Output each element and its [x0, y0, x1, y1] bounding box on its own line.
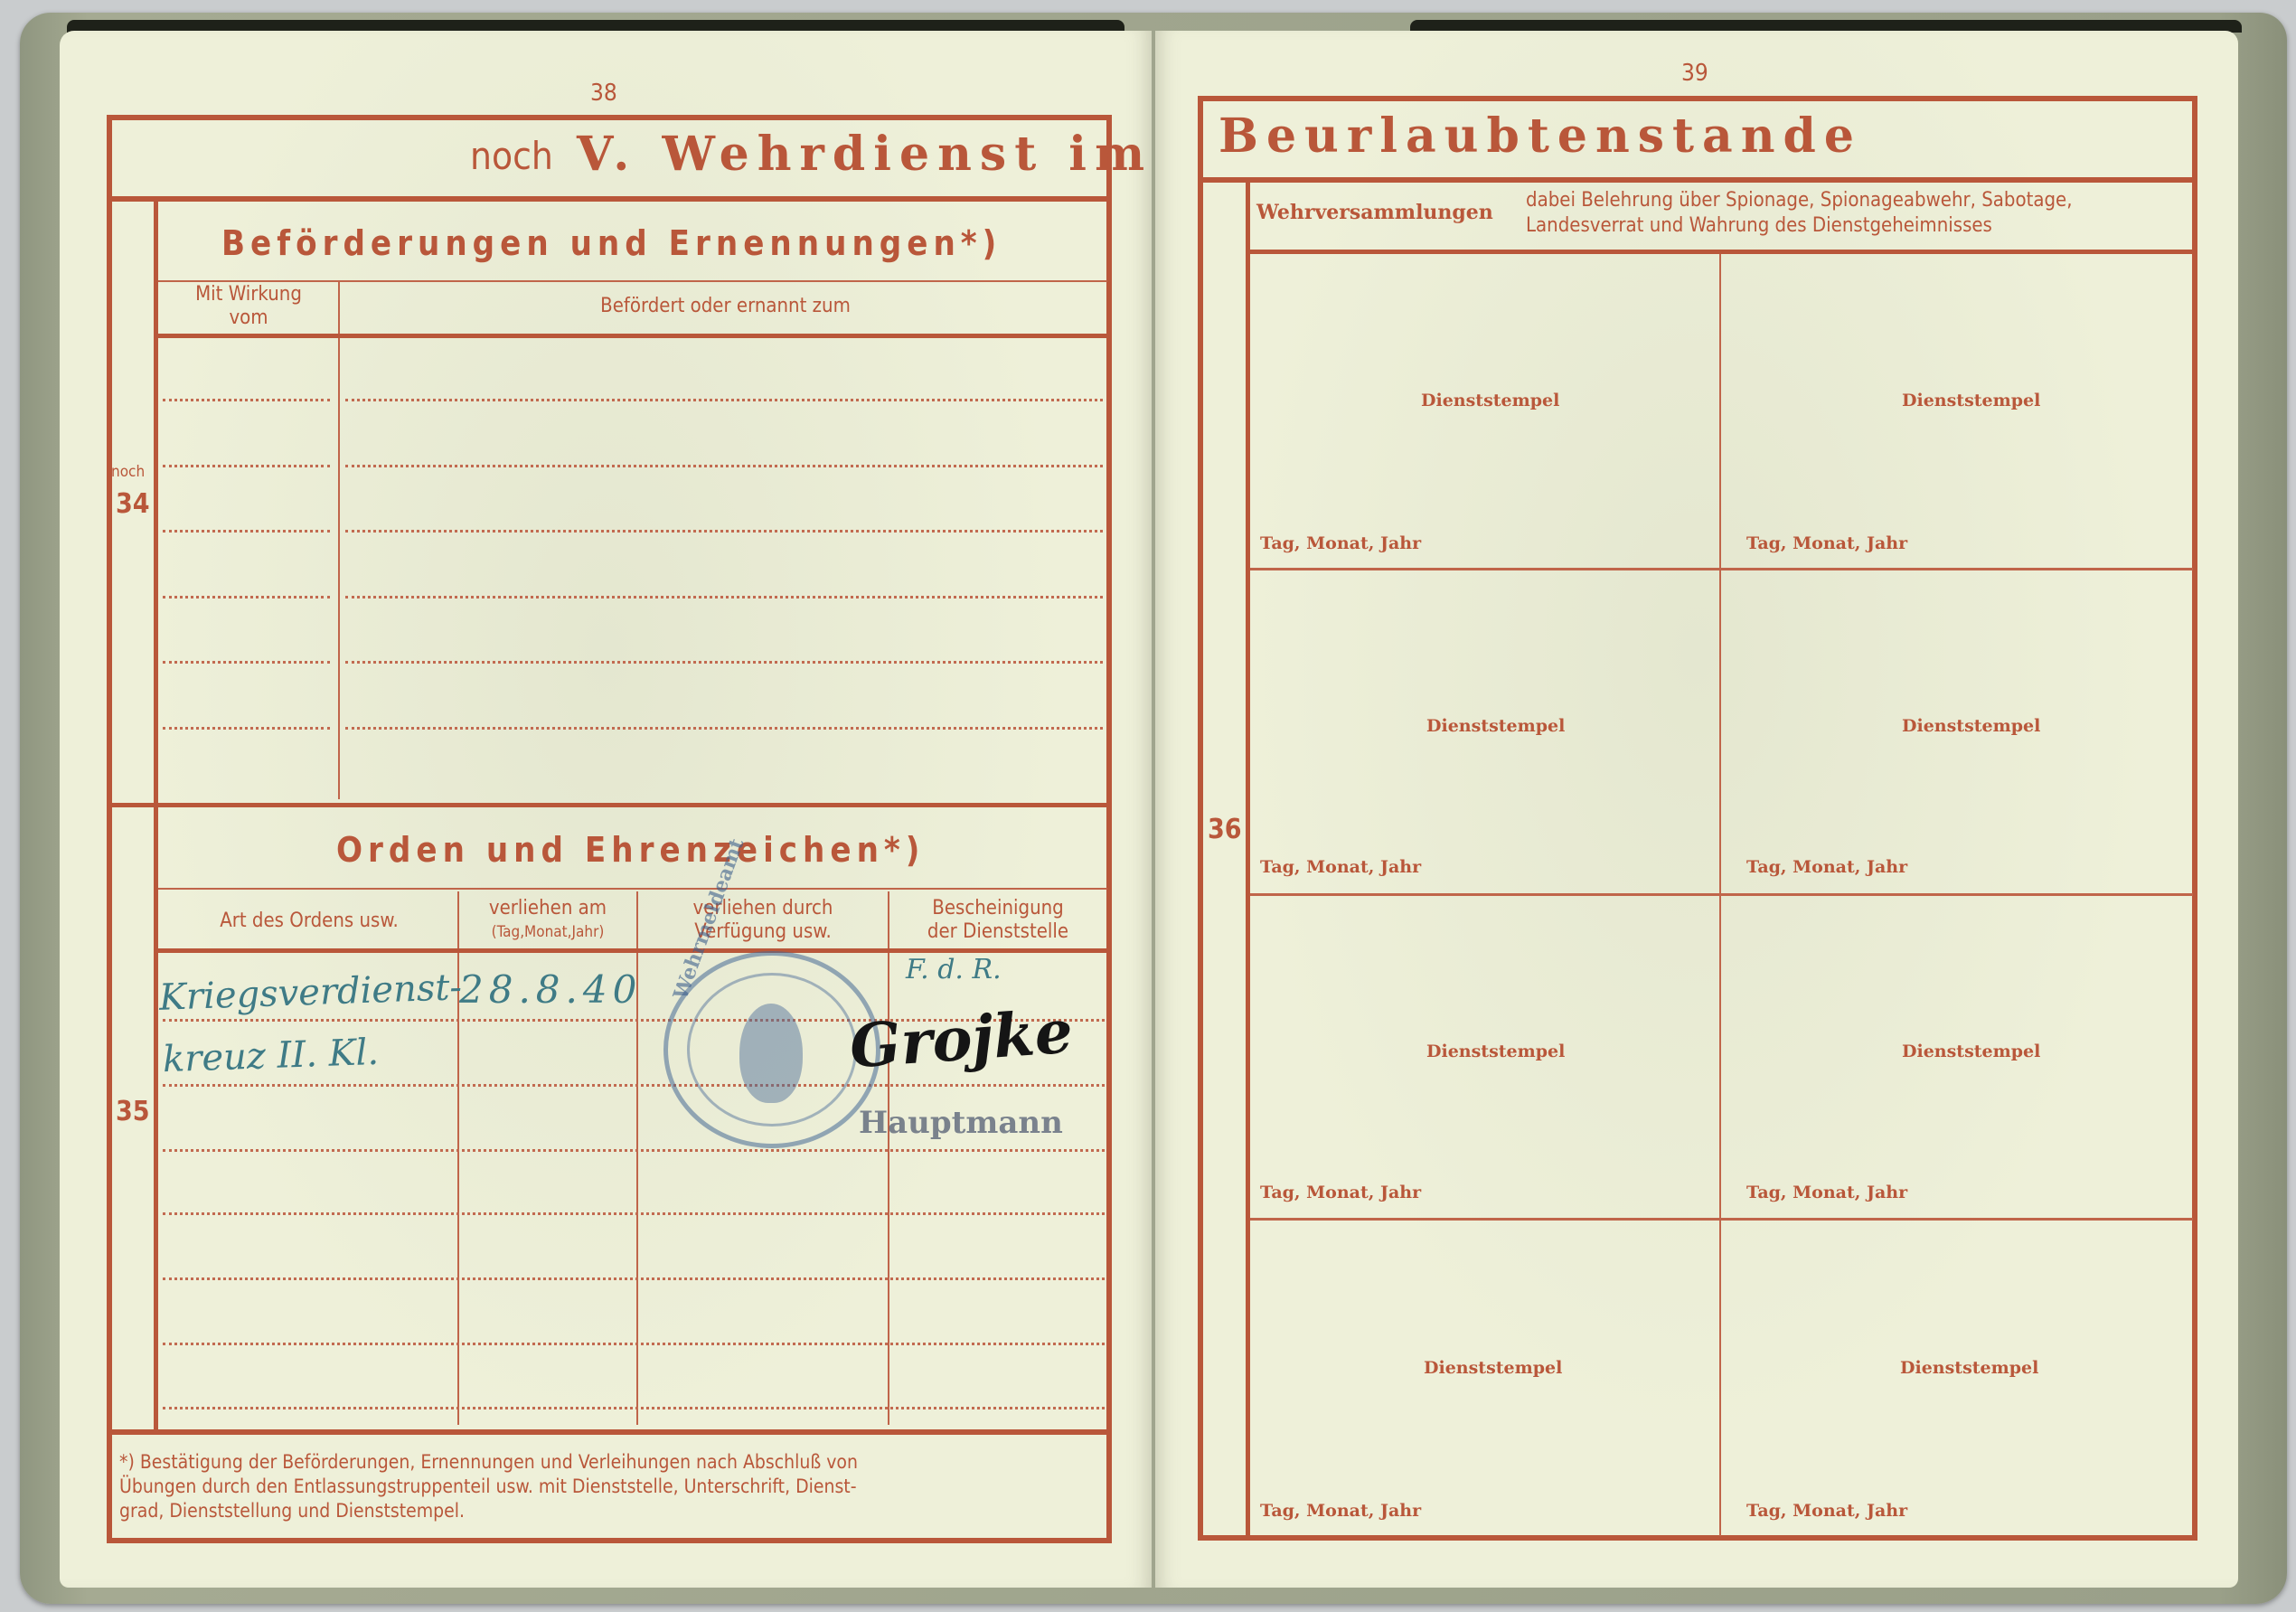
date-placeholder: Tag, Monat, Jahr: [1260, 1183, 1421, 1202]
date-placeholder: Tag, Monat, Jahr: [1746, 1501, 1907, 1521]
header-prefix: noch: [470, 134, 553, 178]
side-number-35: 35: [116, 1096, 150, 1127]
col-divider: [338, 338, 340, 799]
section-34-header-rule: [158, 334, 1107, 338]
side-label-noch: noch: [111, 463, 145, 481]
col-header-line: der Dienststelle: [889, 920, 1106, 944]
section-35-title-rule: [158, 888, 1107, 890]
grid-divider-horizontal: [1250, 893, 2193, 896]
stamp-placeholder: Dienststempel: [1421, 391, 1559, 410]
row-line: [345, 661, 1103, 664]
date-placeholder: Tag, Monat, Jahr: [1746, 857, 1907, 877]
side-column-divider: [1246, 182, 1250, 1536]
row-line: [163, 1149, 1105, 1152]
col-header-line: vom: [163, 306, 334, 330]
col-header-line: Bescheinigung: [889, 897, 1106, 920]
footnote-line: grad, Dienststellung und Dienststempel.: [119, 1499, 858, 1523]
grid-divider-horizontal: [1250, 1218, 2193, 1221]
page-number-left: 38: [590, 80, 617, 107]
row-line: [163, 1277, 1105, 1280]
col-header-bescheinigung: Bescheinigung der Dienststelle: [889, 897, 1106, 944]
col-header-mit-wirkung: Mit Wirkung vom: [163, 283, 334, 330]
row-line: [163, 727, 330, 730]
stamp-placeholder: Dienststempel: [1426, 716, 1565, 736]
certification-prefix: F. d. R.: [906, 954, 1002, 985]
row-line: [345, 465, 1103, 467]
wehrversammlungen-description: dabei Belehrung über Spionage, Spionagea…: [1526, 188, 2073, 239]
eagle-emblem-icon: [739, 1004, 803, 1103]
rank-stamp: Hauptmann: [859, 1105, 1063, 1141]
col-header-line: Mit Wirkung: [163, 283, 334, 306]
header-title-left: V. Wehrdienst im: [577, 127, 1153, 182]
row-line: [345, 399, 1103, 401]
section-36-header-rule: [1250, 250, 2193, 254]
date-placeholder: Tag, Monat, Jahr: [1746, 533, 1907, 553]
row-line: [163, 1212, 1105, 1215]
stamp-placeholder: Dienststempel: [1902, 391, 2040, 410]
award-name-line2: kreuz II. Kl.: [162, 1032, 379, 1080]
section-35-title: Orden und Ehrenzeichen*): [336, 830, 925, 870]
row-line: [163, 661, 330, 664]
row-line: [163, 596, 330, 599]
description-line: Landesverrat und Wahrung des Dienstgehei…: [1526, 213, 2073, 239]
col-divider: [338, 282, 340, 336]
row-line: [163, 1343, 1105, 1345]
section-35-header-rule: [158, 948, 1107, 953]
date-placeholder: Tag, Monat, Jahr: [1746, 1183, 1907, 1202]
date-placeholder: Tag, Monat, Jahr: [1260, 1501, 1421, 1521]
col-header-verliehen-durch: verliehen durch Verfügung usw.: [638, 897, 888, 944]
description-line: dabei Belehrung über Spionage, Spionagea…: [1526, 188, 2073, 213]
section-divider: [110, 803, 1108, 807]
row-line: [345, 530, 1103, 533]
row-line: [345, 596, 1103, 599]
section-34-title-rule: [158, 280, 1107, 282]
footnote-text: *) Bestätigung der Beförderungen, Ernenn…: [119, 1450, 858, 1523]
col-header-verliehen-am: verliehen am (Tag,Monat,Jahr): [459, 897, 636, 944]
stamp-placeholder: Dienststempel: [1424, 1358, 1562, 1378]
footnote-line: *) Bestätigung der Beförderungen, Ernenn…: [119, 1450, 858, 1475]
grid-divider-horizontal: [1250, 568, 2193, 570]
award-date: 28.8.40: [459, 967, 642, 1012]
side-number-36: 36: [1208, 814, 1242, 845]
footnote-line: Übungen durch den Entlassungstruppenteil…: [119, 1475, 858, 1499]
side-number-34: 34: [116, 488, 150, 520]
stamp-placeholder: Dienststempel: [1902, 716, 2040, 736]
row-line: [163, 1084, 1105, 1087]
side-column-divider: [154, 201, 158, 1430]
wehrversammlungen-label: Wehrversammlungen: [1256, 201, 1493, 224]
row-line: [163, 1407, 1105, 1409]
row-line: [163, 530, 330, 533]
stamp-placeholder: Dienststempel: [1426, 1042, 1565, 1061]
row-line: [163, 465, 330, 467]
section-34-title: Beförderungen und Ernennungen*): [221, 223, 1002, 263]
page-number-right: 39: [1681, 60, 1708, 87]
col-header-art-des-ordens: Art des Ordens usw.: [161, 910, 457, 933]
col-header-line: (Tag,Monat,Jahr): [459, 920, 636, 944]
date-placeholder: Tag, Monat, Jahr: [1260, 533, 1421, 553]
col-header-befoerdert: Befördert oder ernannt zum: [343, 295, 1107, 318]
col-header-line: verliehen am: [459, 897, 636, 920]
left-main-frame: [107, 196, 1112, 1435]
row-line: [163, 399, 330, 401]
stamp-placeholder: Dienststempel: [1902, 1042, 2040, 1061]
row-line: [345, 727, 1103, 730]
col-header-line: verliehen durch: [638, 897, 888, 920]
header-title-right: Beurlaubtenstande: [1219, 108, 1862, 164]
date-placeholder: Tag, Monat, Jahr: [1260, 857, 1421, 877]
col-header-line: Verfügung usw.: [638, 920, 888, 944]
stamp-placeholder: Dienststempel: [1900, 1358, 2038, 1378]
